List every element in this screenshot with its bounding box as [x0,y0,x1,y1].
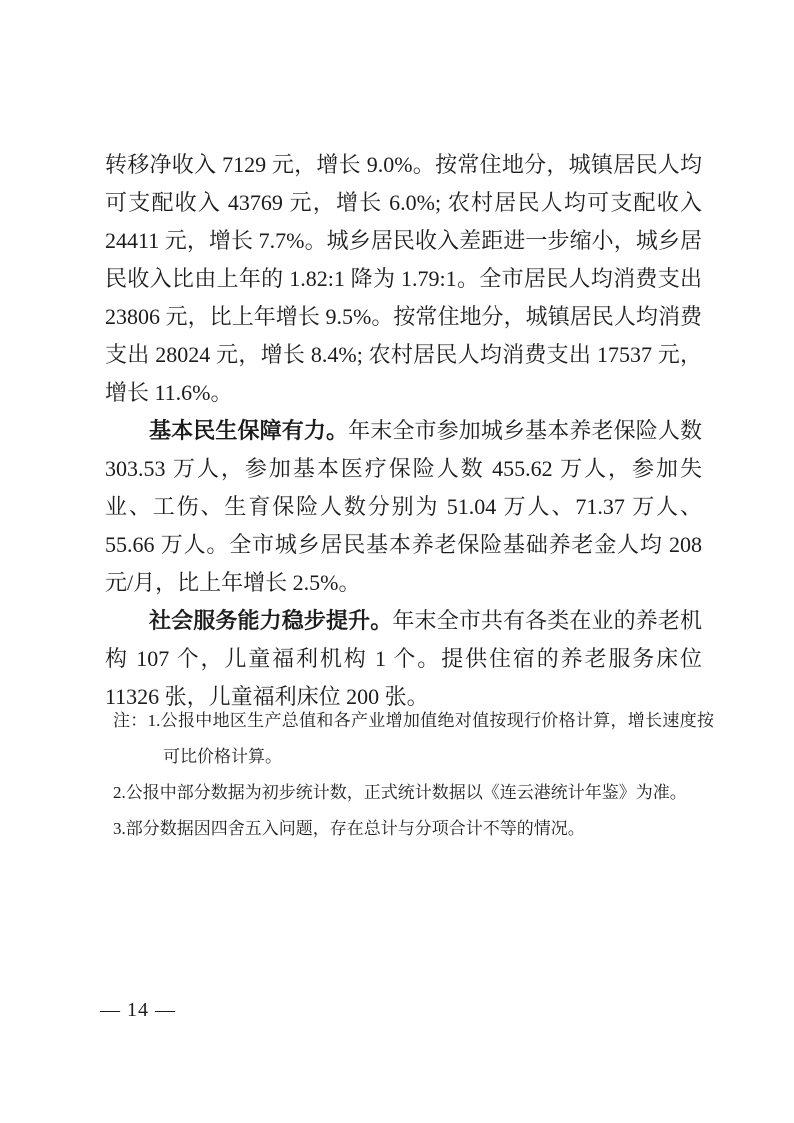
page-number: — 14 — [100,999,176,1022]
paragraph-lead-social-services: 社会服务能力稳步提升。 [149,608,392,633]
paragraph-social-security: 基本民生保障有力。年末全市参加城乡基本养老保险人数 303.53 万人，参加基本… [105,412,702,602]
note-text-3: 3.部分数据因四舍五入问题，存在总计与分项合计不等的情况。 [113,819,585,838]
paragraph-lead-social-security: 基本民生保障有力。 [149,418,348,443]
notes-label: 注： [113,711,148,730]
body-text-block: 转移净收入 7129 元，增长 9.0%。按常住地分，城镇居民人均可支配收入 4… [105,146,702,716]
paragraph-social-services: 社会服务能力稳步提升。年末全市共有各类在业的养老机构 107 个，儿童福利机构 … [105,602,702,716]
note-item-1: 注：1.公报中地区生产总值和各产业增加值绝对值按现行价格计算，增长速度按可比价格… [113,703,714,775]
note-text-1: 1.公报中地区生产总值和各产业增加值绝对值按现行价格计算，增长速度按可比价格计算… [148,711,714,766]
notes-section: 注：1.公报中地区生产总值和各产业增加值绝对值按现行价格计算，增长速度按可比价格… [113,703,714,847]
note-item-3: 3.部分数据因四舍五入问题，存在总计与分项合计不等的情况。 [113,811,714,847]
paragraph-income: 转移净收入 7129 元，增长 9.0%。按常住地分，城镇居民人均可支配收入 4… [105,146,702,412]
note-text-2: 2.公报中部分数据为初步统计数，正式统计数据以《连云港统计年鉴》为准。 [113,783,687,802]
document-page: 转移净收入 7129 元，增长 9.0%。按常住地分，城镇居民人均可支配收入 4… [0,0,794,1123]
paragraph-text-social-security: 年末全市参加城乡基本养老保险人数 303.53 万人，参加基本医疗保险人数 45… [105,418,702,595]
note-item-2: 2.公报中部分数据为初步统计数，正式统计数据以《连云港统计年鉴》为准。 [113,775,714,811]
